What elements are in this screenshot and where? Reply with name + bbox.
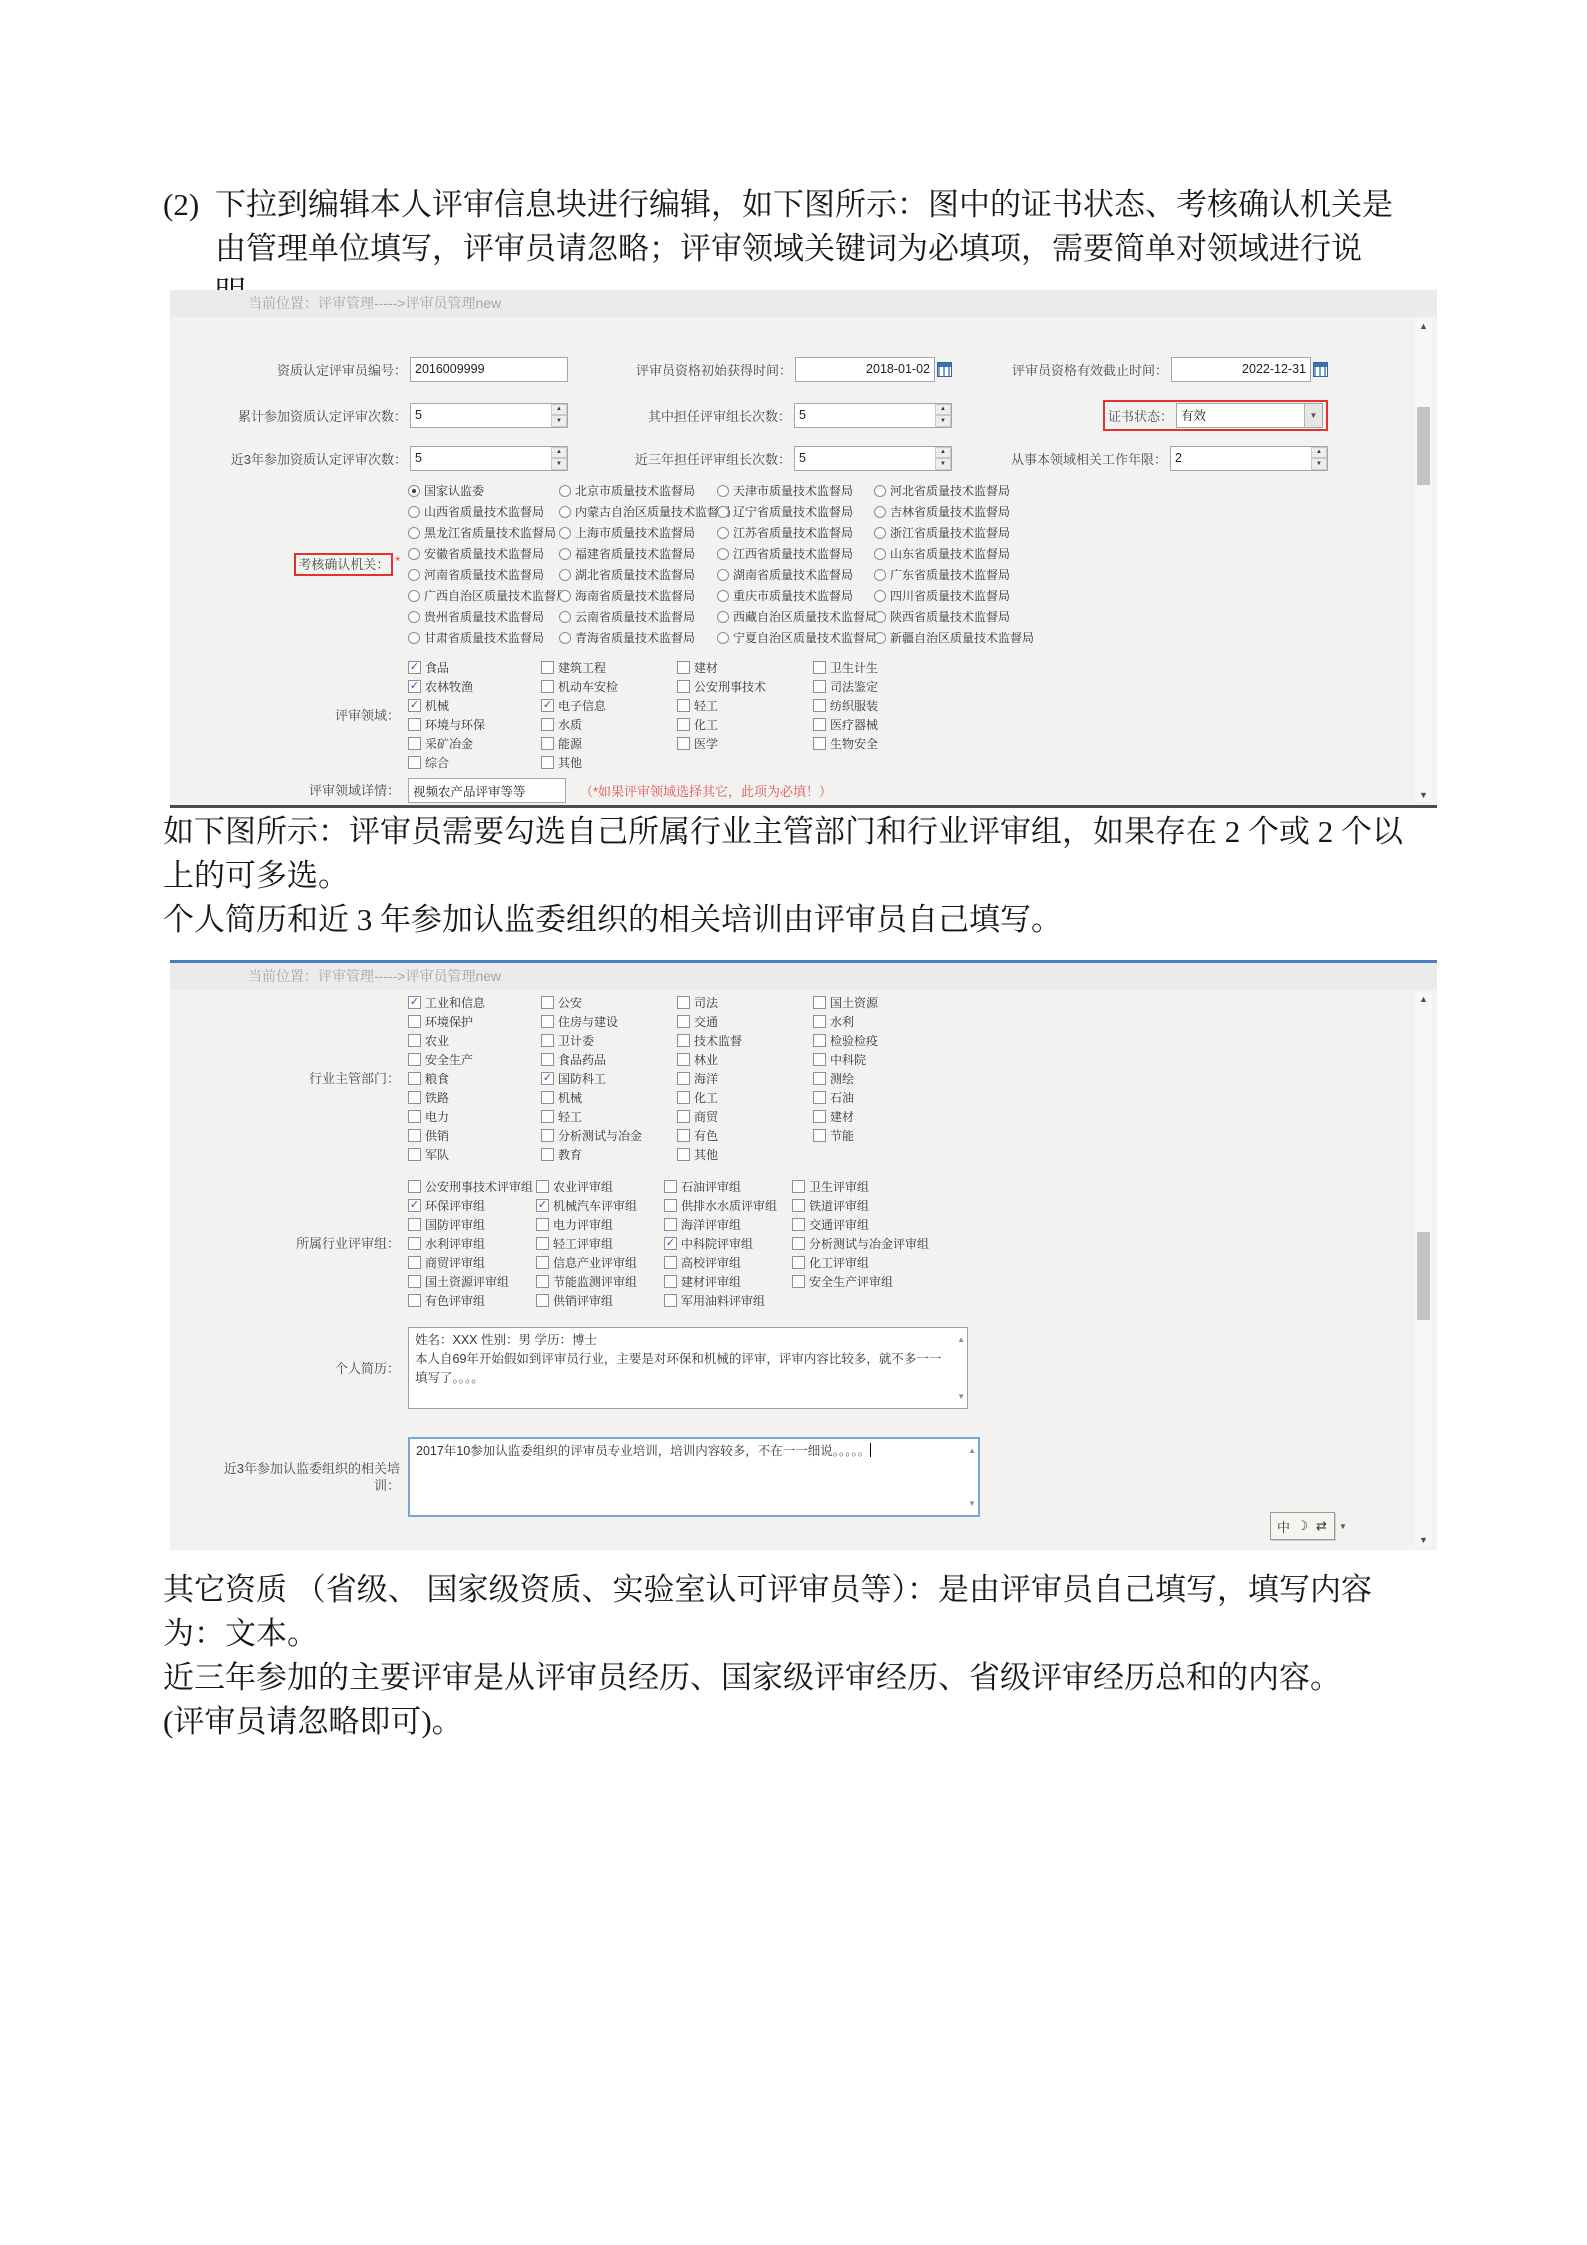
option-label: 国家认监委: [424, 482, 484, 499]
checkbox-option[interactable]: 化工: [677, 717, 813, 732]
radio-option[interactable]: 甘肃省质量技术监督局: [408, 630, 559, 645]
checkbox-unchecked-icon: [677, 1034, 690, 1047]
required-note: （*如果评审领域选择其它，此项为必填！）: [580, 781, 832, 800]
checkbox-option[interactable]: ✓机械: [408, 698, 541, 713]
checkbox-option[interactable]: 住房与建设: [541, 1014, 677, 1029]
option-label: 机械: [558, 1089, 582, 1106]
checkbox-option[interactable]: 国防评审组: [408, 1217, 536, 1232]
checkbox-unchecked-icon: [541, 1148, 554, 1161]
radio-option[interactable]: 上海市质量技术监督局: [559, 525, 717, 540]
required-asterisk: *: [395, 554, 400, 568]
option-label: 军队: [425, 1146, 449, 1163]
scroll-down-icon[interactable]: ▼: [1415, 788, 1432, 802]
checkbox-option[interactable]: 交通: [677, 1014, 813, 1029]
option-label: 公安: [558, 994, 582, 1011]
form-field: 评审员资格初始获得时间：2018-01-02: [568, 355, 952, 383]
checkbox-option[interactable]: 其他: [541, 755, 677, 770]
radio-unchecked-icon: [408, 527, 420, 539]
checkbox-option[interactable]: 轻工: [677, 698, 813, 713]
checkbox-option[interactable]: 司法: [677, 995, 813, 1010]
checkbox-unchecked-icon: [541, 661, 554, 674]
radio-option[interactable]: 河南省质量技术监督局: [408, 567, 559, 582]
radio-option[interactable]: 湖南省质量技术监督局: [717, 567, 874, 582]
form-body: 行业主管部门： ✓工业和信息公安司法国土资源环境保护住房与建设交通水利农业卫计委…: [170, 990, 1437, 1550]
option-label: 新疆自治区质量技术监督局: [890, 629, 1034, 646]
checkbox-checked-icon: ✓: [408, 661, 421, 674]
checkbox-checked-icon: ✓: [408, 996, 421, 1009]
radio-option[interactable]: 广西自治区质量技术监督局: [408, 588, 559, 603]
spinner[interactable]: ▲▼: [935, 404, 951, 427]
checkbox-option[interactable]: 水利评审组: [408, 1236, 536, 1251]
ime-toolbar[interactable]: 中 ☽ ⇄ ▼: [1270, 1512, 1347, 1540]
radio-option[interactable]: 广东省质量技术监督局: [874, 567, 1034, 582]
confirm-org-label: 考核确认机关：: [298, 557, 389, 572]
option-label: 综合: [425, 754, 449, 771]
calendar-icon[interactable]: [1313, 362, 1328, 377]
radio-option[interactable]: 青海省质量技术监督局: [559, 630, 717, 645]
checkbox-checked-icon: ✓: [408, 680, 421, 693]
spin-up-icon[interactable]: ▲: [551, 404, 567, 416]
radio-option[interactable]: 海南省质量技术监督局: [559, 588, 717, 603]
checkbox-option[interactable]: 农业评审组: [536, 1179, 664, 1194]
checkbox-option[interactable]: 其他: [677, 1147, 813, 1162]
checkbox-option[interactable]: 粮食: [408, 1071, 541, 1086]
option-label: 化工: [694, 716, 718, 733]
radio-unchecked-icon: [559, 569, 571, 581]
checkbox-option[interactable]: 海洋: [677, 1071, 813, 1086]
checkbox-option[interactable]: 公安刑事技术: [677, 679, 813, 694]
number-input[interactable]: 5▲▼: [410, 403, 568, 428]
radio-option[interactable]: 天津市质量技术监督局: [717, 483, 874, 498]
checkbox-option[interactable]: 有色评审组: [408, 1293, 536, 1308]
resume-label: 个人简历：: [170, 1360, 408, 1377]
form-field: 评审员资格有效截止时间：2022-12-31: [952, 355, 1328, 383]
option-label: 纺织服装: [830, 697, 878, 714]
checkbox-option[interactable]: 供销: [408, 1128, 541, 1143]
radio-option[interactable]: 宁夏自治区质量技术监督局: [717, 630, 874, 645]
checkbox-option[interactable]: 综合: [408, 755, 541, 770]
checkbox-option[interactable]: 中科院: [813, 1052, 878, 1067]
radio-option[interactable]: 四川省质量技术监督局: [874, 588, 1034, 603]
checkbox-option[interactable]: ✓机械汽车评审组: [536, 1198, 664, 1213]
resume-textarea[interactable]: 姓名：XXX 性别：男 学历：博士 本人自69年开始假如到评审员行业，主要是对环…: [408, 1327, 968, 1409]
checkbox-unchecked-icon: [536, 1275, 549, 1288]
checkbox-option[interactable]: 测绘: [813, 1071, 878, 1086]
checkbox-unchecked-icon: [408, 1237, 421, 1250]
radio-option[interactable]: 云南省质量技术监督局: [559, 609, 717, 624]
confirm-org-radio-grid: 国家认监委北京市质量技术监督局天津市质量技术监督局河北省质量技术监督局山西省质量…: [408, 483, 1034, 645]
spin-down-icon[interactable]: ▼: [935, 458, 951, 470]
option-label: 贵州省质量技术监督局: [424, 608, 544, 625]
option-label: 供销评审组: [553, 1292, 613, 1309]
checkbox-option[interactable]: 水质: [541, 717, 677, 732]
spin-up-icon[interactable]: ▲: [1311, 447, 1327, 459]
checkbox-option[interactable]: 军队: [408, 1147, 541, 1162]
checkbox-option[interactable]: 建材: [677, 660, 813, 675]
option-label: 石油: [830, 1089, 854, 1106]
checkbox-unchecked-icon: [813, 1110, 826, 1123]
checkbox-unchecked-icon: [677, 661, 690, 674]
checkbox-unchecked-icon: [541, 680, 554, 693]
radio-unchecked-icon: [717, 548, 729, 560]
option-label: 环保评审组: [425, 1197, 485, 1214]
option-label: 机械汽车评审组: [553, 1197, 637, 1214]
input-value: 5: [799, 451, 806, 465]
checkbox-option[interactable]: ✓环保评审组: [408, 1198, 536, 1213]
radio-option[interactable]: 山东省质量技术监督局: [874, 546, 1034, 561]
checkbox-option[interactable]: ✓农林牧渔: [408, 679, 541, 694]
checkbox-option[interactable]: 环境与环保: [408, 717, 541, 732]
checkbox-option[interactable]: 卫生评审组: [792, 1179, 929, 1194]
radio-option[interactable]: 山西省质量技术监督局: [408, 504, 559, 519]
option-label: 广东省质量技术监督局: [890, 566, 1010, 583]
checkbox-option[interactable]: 卫计委: [541, 1033, 677, 1048]
radio-option[interactable]: 江西省质量技术监督局: [717, 546, 874, 561]
option-label: 食品: [425, 659, 449, 676]
radio-option[interactable]: 西藏自治区质量技术监督局: [717, 609, 874, 624]
form-field: 证书状态：有效▼: [952, 401, 1328, 429]
checkbox-unchecked-icon: [541, 1091, 554, 1104]
textarea-scroll-down-icon[interactable]: ▼: [968, 1494, 976, 1513]
input-value: 2018-01-02: [866, 362, 934, 376]
radio-unchecked-icon: [408, 632, 420, 644]
checkbox-option[interactable]: 节能: [813, 1128, 878, 1143]
section-resume: 个人简历： 姓名：XXX 性别：男 学历：博士 本人自69年开始假如到评审员行业…: [170, 1327, 1320, 1409]
radio-option[interactable]: 浙江省质量技术监督局: [874, 525, 1034, 540]
option-label: 卫生计生: [830, 659, 878, 676]
option-label: 技术监督: [694, 1032, 742, 1049]
checkbox-unchecked-icon: [677, 1053, 690, 1066]
checkbox-option[interactable]: 化工: [677, 1090, 813, 1105]
number-input[interactable]: 5▲▼: [410, 446, 568, 471]
radio-unchecked-icon: [559, 590, 571, 602]
checkbox-option[interactable]: ✓食品: [408, 660, 541, 675]
dropdown-icon[interactable]: ▼: [1304, 404, 1322, 427]
checkbox-unchecked-icon: [541, 996, 554, 1009]
option-label: 农业: [425, 1032, 449, 1049]
checkbox-option[interactable]: 有色: [677, 1128, 813, 1143]
checkbox-option[interactable]: 电力: [408, 1109, 541, 1124]
checkbox-unchecked-icon: [408, 1275, 421, 1288]
checkbox-unchecked-icon: [792, 1256, 805, 1269]
checkbox-unchecked-icon: [408, 1218, 421, 1231]
option-label: 公安刑事技术评审组: [425, 1178, 533, 1195]
option-label: 交通评审组: [809, 1216, 869, 1233]
option-label: 青海省质量技术监督局: [575, 629, 695, 646]
paragraph-text: (评审员请忽略即可)。: [163, 1700, 1431, 1744]
checkbox-option[interactable]: 供排水水质评审组: [664, 1198, 792, 1213]
radio-option[interactable]: 吉林省质量技术监督局: [874, 504, 1034, 519]
checkbox-option[interactable]: 铁路: [408, 1090, 541, 1105]
spin-up-icon[interactable]: ▲: [935, 447, 951, 459]
radio-option[interactable]: 河北省质量技术监督局: [874, 483, 1034, 498]
checkbox-option[interactable]: ✓国防科工: [541, 1071, 677, 1086]
textarea-scroll-up-icon[interactable]: ▲: [957, 1330, 965, 1349]
option-label: 工业和信息: [425, 994, 485, 1011]
form-body: 资质认定评审员编号：2016009999评审员资格初始获得时间：2018-01-…: [170, 317, 1437, 805]
training-label-wrap: 近3年参加认监委组织的相关培训：: [170, 1460, 408, 1494]
checkbox-unchecked-icon: [541, 737, 554, 750]
checkbox-option[interactable]: 国土资源: [813, 995, 878, 1010]
training-textarea[interactable]: 2017年10参加认监委组织的评审员专业培训，培训内容较多，不在一一细说。。。。…: [408, 1437, 980, 1517]
checkbox-unchecked-icon: [677, 1072, 690, 1085]
form-field: 累计参加资质认定评审次数：5▲▼: [176, 401, 568, 429]
checkbox-unchecked-icon: [408, 1091, 421, 1104]
form-field: 近3年参加资质认定评审次数：5▲▼: [176, 444, 568, 472]
option-label: 辽宁省质量技术监督局: [733, 503, 853, 520]
textarea-scroll-up-icon[interactable]: ▲: [968, 1441, 976, 1460]
checkbox-option[interactable]: 轻工: [541, 1109, 677, 1124]
scrollbar-thumb[interactable]: [1417, 1232, 1430, 1320]
radio-unchecked-icon: [717, 485, 729, 497]
field-label: 其中担任评审组长次数：: [648, 406, 791, 425]
option-label: 国土资源: [830, 994, 878, 1011]
option-label: 供销: [425, 1127, 449, 1144]
text-cursor: [870, 1443, 871, 1457]
option-label: 农业评审组: [553, 1178, 613, 1195]
checkbox-option[interactable]: 教育: [541, 1147, 677, 1162]
ime-expand-icon[interactable]: ▼: [1339, 1522, 1347, 1531]
option-label: 农林牧渔: [425, 678, 473, 695]
option-label: 国防评审组: [425, 1216, 485, 1233]
checkbox-option[interactable]: ✓工业和信息: [408, 995, 541, 1010]
vertical-scrollbar[interactable]: ▲ ▼: [1415, 992, 1432, 1547]
checkbox-unchecked-icon: [541, 1110, 554, 1123]
checkbox-unchecked-icon: [664, 1256, 677, 1269]
spin-down-icon[interactable]: ▼: [1311, 458, 1327, 470]
checkbox-option[interactable]: ✓电子信息: [541, 698, 677, 713]
field-row-2: 累计参加资质认定评审次数：5▲▼其中担任评审组长次数：5▲▼证书状态：有效▼: [176, 401, 1328, 429]
radio-option[interactable]: 湖北省质量技术监督局: [559, 567, 717, 582]
checkbox-unchecked-icon: [408, 1034, 421, 1047]
option-label: 分析测试与冶金: [558, 1127, 642, 1144]
checkbox-unchecked-icon: [408, 1294, 421, 1307]
ime-keyboard-icon[interactable]: ⇄: [1312, 1518, 1331, 1534]
ime-punctuation-icon[interactable]: ☽: [1293, 1518, 1312, 1534]
paragraph-text: 个人简历和近 3 年参加认监委组织的相关培训由评审员自己填写。: [163, 898, 1425, 942]
checkbox-option[interactable]: 铁道评审组: [792, 1198, 929, 1213]
checkbox-option[interactable]: 商贸评审组: [408, 1255, 536, 1270]
checkbox-option[interactable]: 建筑工程: [541, 660, 677, 675]
checkbox-unchecked-icon: [408, 756, 421, 769]
ime-chinese-mode-icon[interactable]: 中: [1274, 1517, 1293, 1536]
scroll-up-icon[interactable]: ▲: [1415, 992, 1432, 1006]
radio-unchecked-icon: [408, 569, 420, 581]
status-select[interactable]: 有效▼: [1176, 403, 1323, 428]
checkbox-unchecked-icon: [792, 1237, 805, 1250]
checkbox-option[interactable]: 卫生计生: [813, 660, 878, 675]
checkbox-option[interactable]: 机动车安检: [541, 679, 677, 694]
date-input[interactable]: 2018-01-02: [795, 357, 935, 382]
form-field: 近三年担任评审组长次数：5▲▼: [568, 444, 952, 472]
checkbox-option[interactable]: 安全生产评审组: [792, 1274, 929, 1289]
checkbox-option[interactable]: 海洋评审组: [664, 1217, 792, 1232]
radio-unchecked-icon: [408, 590, 420, 602]
field-label: 评审员资格初始获得时间：: [636, 360, 792, 379]
radio-option[interactable]: 辽宁省质量技术监督局: [717, 504, 874, 519]
checkbox-unchecked-icon: [677, 1129, 690, 1142]
checkbox-option[interactable]: 交通评审组: [792, 1217, 929, 1232]
checkbox-option[interactable]: 食品药品: [541, 1052, 677, 1067]
checkbox-option[interactable]: 化工评审组: [792, 1255, 929, 1270]
checkbox-option[interactable]: 商贸: [677, 1109, 813, 1124]
checkbox-option[interactable]: 纺织服装: [813, 698, 878, 713]
radio-option[interactable]: 贵州省质量技术监督局: [408, 609, 559, 624]
checkbox-option[interactable]: 水利: [813, 1014, 878, 1029]
detail-input[interactable]: 视频农产品评审等等: [408, 778, 566, 803]
checkbox-unchecked-icon: [408, 1072, 421, 1085]
checkbox-option[interactable]: 电力评审组: [536, 1217, 664, 1232]
option-label: 重庆市质量技术监督局: [733, 587, 853, 604]
spin-up-icon[interactable]: ▲: [935, 404, 951, 416]
checkbox-option[interactable]: 医疗器械: [813, 717, 878, 732]
spin-down-icon[interactable]: ▼: [935, 415, 951, 427]
checkbox-option[interactable]: 林业: [677, 1052, 813, 1067]
checkbox-option[interactable]: 农业: [408, 1033, 541, 1048]
checkbox-option[interactable]: 信息产业评审组: [536, 1255, 664, 1270]
checkbox-option[interactable]: 高校评审组: [664, 1255, 792, 1270]
paragraph-text: 近三年参加的主要评审是从评审员经历、国家级评审经历、省级评审经历总和的内容。: [163, 1656, 1431, 1700]
radio-option[interactable]: 安徽省质量技术监督局: [408, 546, 559, 561]
option-label: 安徽省质量技术监督局: [424, 545, 544, 562]
section-training: 近3年参加认监委组织的相关培训： 2017年10参加认监委组织的评审员专业培训，…: [170, 1437, 1320, 1517]
spinner[interactable]: ▲▼: [551, 404, 567, 427]
option-label: 上海市质量技术监督局: [575, 524, 695, 541]
radio-option[interactable]: 陕西省质量技术监督局: [874, 609, 1034, 624]
radio-option[interactable]: 新疆自治区质量技术监督局: [874, 630, 1034, 645]
radio-option[interactable]: 北京市质量技术监督局: [559, 483, 717, 498]
checkbox-option[interactable]: 机械: [541, 1090, 677, 1105]
input-value: 5: [415, 451, 422, 465]
review-group-label: 所属行业评审组：: [170, 1235, 408, 1252]
scrollbar-thumb[interactable]: [1417, 407, 1430, 485]
radio-option[interactable]: 福建省质量技术监督局: [559, 546, 717, 561]
radio-option[interactable]: 重庆市质量技术监督局: [717, 588, 874, 603]
option-label: 机械: [425, 697, 449, 714]
radio-checked-icon: [408, 485, 420, 497]
number-input[interactable]: 5▲▼: [794, 446, 952, 471]
checkbox-option[interactable]: 安全生产: [408, 1052, 541, 1067]
spin-down-icon[interactable]: ▼: [551, 415, 567, 427]
checkbox-option[interactable]: 生物安全: [813, 736, 878, 751]
checkbox-unchecked-icon: [792, 1180, 805, 1193]
checkbox-unchecked-icon: [813, 1015, 826, 1028]
spinner[interactable]: ▲▼: [551, 447, 567, 470]
number-input[interactable]: 5▲▼: [794, 403, 952, 428]
radio-unchecked-icon: [559, 506, 571, 518]
option-label: 安全生产评审组: [809, 1273, 893, 1290]
scroll-up-icon[interactable]: ▲: [1415, 319, 1432, 333]
option-label: 高校评审组: [681, 1254, 741, 1271]
checkbox-unchecked-icon: [408, 1180, 421, 1193]
field-label: 从事本领域相关工作年限：: [1011, 449, 1167, 468]
checkbox-checked-icon: ✓: [408, 699, 421, 712]
checkbox-option[interactable]: 轻工评审组: [536, 1236, 664, 1251]
vertical-scrollbar[interactable]: ▲ ▼: [1415, 319, 1432, 802]
radio-unchecked-icon: [717, 632, 729, 644]
radio-option[interactable]: 内蒙古自治区质量技术监督局: [559, 504, 717, 519]
checkbox-unchecked-icon: [408, 1015, 421, 1028]
checkbox-option[interactable]: 公安: [541, 995, 677, 1010]
option-label: 海洋评审组: [681, 1216, 741, 1233]
radio-option[interactable]: 国家认监委: [408, 483, 559, 498]
checkbox-option[interactable]: 医学: [677, 736, 813, 751]
checkbox-unchecked-icon: [792, 1218, 805, 1231]
checkbox-unchecked-icon: [664, 1199, 677, 1212]
option-label: 供排水水质评审组: [681, 1197, 777, 1214]
textarea-scroll-down-icon[interactable]: ▼: [957, 1387, 965, 1406]
checkbox-unchecked-icon: [813, 699, 826, 712]
checkbox-option[interactable]: 能源: [541, 736, 677, 751]
checkbox-option[interactable]: 司法鉴定: [813, 679, 878, 694]
scroll-down-icon[interactable]: ▼: [1415, 1533, 1432, 1547]
radio-unchecked-icon: [408, 611, 420, 623]
spin-down-icon[interactable]: ▼: [551, 458, 567, 470]
option-label: 云南省质量技术监督局: [575, 608, 695, 625]
checkbox-option[interactable]: 技术监督: [677, 1033, 813, 1048]
checkbox-checked-icon: ✓: [541, 1072, 554, 1085]
training-text: 2017年10参加认监委组织的评审员专业培训，培训内容较多，不在一一细说。。。。…: [416, 1444, 870, 1458]
checkbox-unchecked-icon: [792, 1199, 805, 1212]
option-label: 水质: [558, 716, 582, 733]
checkbox-option[interactable]: 分析测试与冶金: [541, 1128, 677, 1143]
option-label: 公安刑事技术: [694, 678, 766, 695]
checkbox-option[interactable]: 石油评审组: [664, 1179, 792, 1194]
checkbox-unchecked-icon: [813, 680, 826, 693]
input-value: 2: [1175, 451, 1182, 465]
checkbox-checked-icon: ✓: [536, 1199, 549, 1212]
confirm-org-label-wrap: 考核确认机关：*: [170, 553, 408, 576]
option-label: 四川省质量技术监督局: [890, 587, 1010, 604]
spinner[interactable]: ▲▼: [935, 447, 951, 470]
checkbox-option[interactable]: 供销评审组: [536, 1293, 664, 1308]
checkbox-option[interactable]: 军用油料评审组: [664, 1293, 792, 1308]
checkbox-unchecked-icon: [536, 1237, 549, 1250]
checkbox-option[interactable]: 环境保护: [408, 1014, 541, 1029]
breadcrumb: 当前位置：评审管理----->评审员管理new: [170, 290, 1437, 317]
checkbox-option[interactable]: 石油: [813, 1090, 878, 1105]
checkbox-option[interactable]: 采矿冶金: [408, 736, 541, 751]
number-input[interactable]: 2▲▼: [1170, 446, 1328, 471]
date-input[interactable]: 2022-12-31: [1171, 357, 1311, 382]
calendar-icon[interactable]: [937, 362, 952, 377]
radio-option[interactable]: 黑龙江省质量技术监督局: [408, 525, 559, 540]
option-label: 建材评审组: [681, 1273, 741, 1290]
checkbox-option[interactable]: 建材评审组: [664, 1274, 792, 1289]
text-input[interactable]: 2016009999: [410, 357, 568, 382]
checkbox-option[interactable]: 节能监测评审组: [536, 1274, 664, 1289]
checkbox-option[interactable]: ✓中科院评审组: [664, 1236, 792, 1251]
review-area-label: 评审领域：: [170, 707, 408, 724]
checkbox-unchecked-icon: [536, 1256, 549, 1269]
checkbox-option[interactable]: 国土资源评审组: [408, 1274, 536, 1289]
checkbox-option[interactable]: 公安刑事技术评审组: [408, 1179, 536, 1194]
checkbox-option[interactable]: 建材: [813, 1109, 878, 1124]
radio-option[interactable]: 江苏省质量技术监督局: [717, 525, 874, 540]
checkbox-unchecked-icon: [541, 718, 554, 731]
option-label: 教育: [558, 1146, 582, 1163]
checkbox-option[interactable]: 检验检疫: [813, 1033, 878, 1048]
option-label: 建筑工程: [558, 659, 606, 676]
radio-unchecked-icon: [874, 485, 886, 497]
checkbox-unchecked-icon: [677, 737, 690, 750]
spinner[interactable]: ▲▼: [1311, 447, 1327, 470]
spin-up-icon[interactable]: ▲: [551, 447, 567, 459]
option-label: 山西省质量技术监督局: [424, 503, 544, 520]
checkbox-unchecked-icon: [677, 1015, 690, 1028]
checkbox-option[interactable]: 分析测试与冶金评审组: [792, 1236, 929, 1251]
field-label: 近三年担任评审组长次数：: [635, 449, 791, 468]
